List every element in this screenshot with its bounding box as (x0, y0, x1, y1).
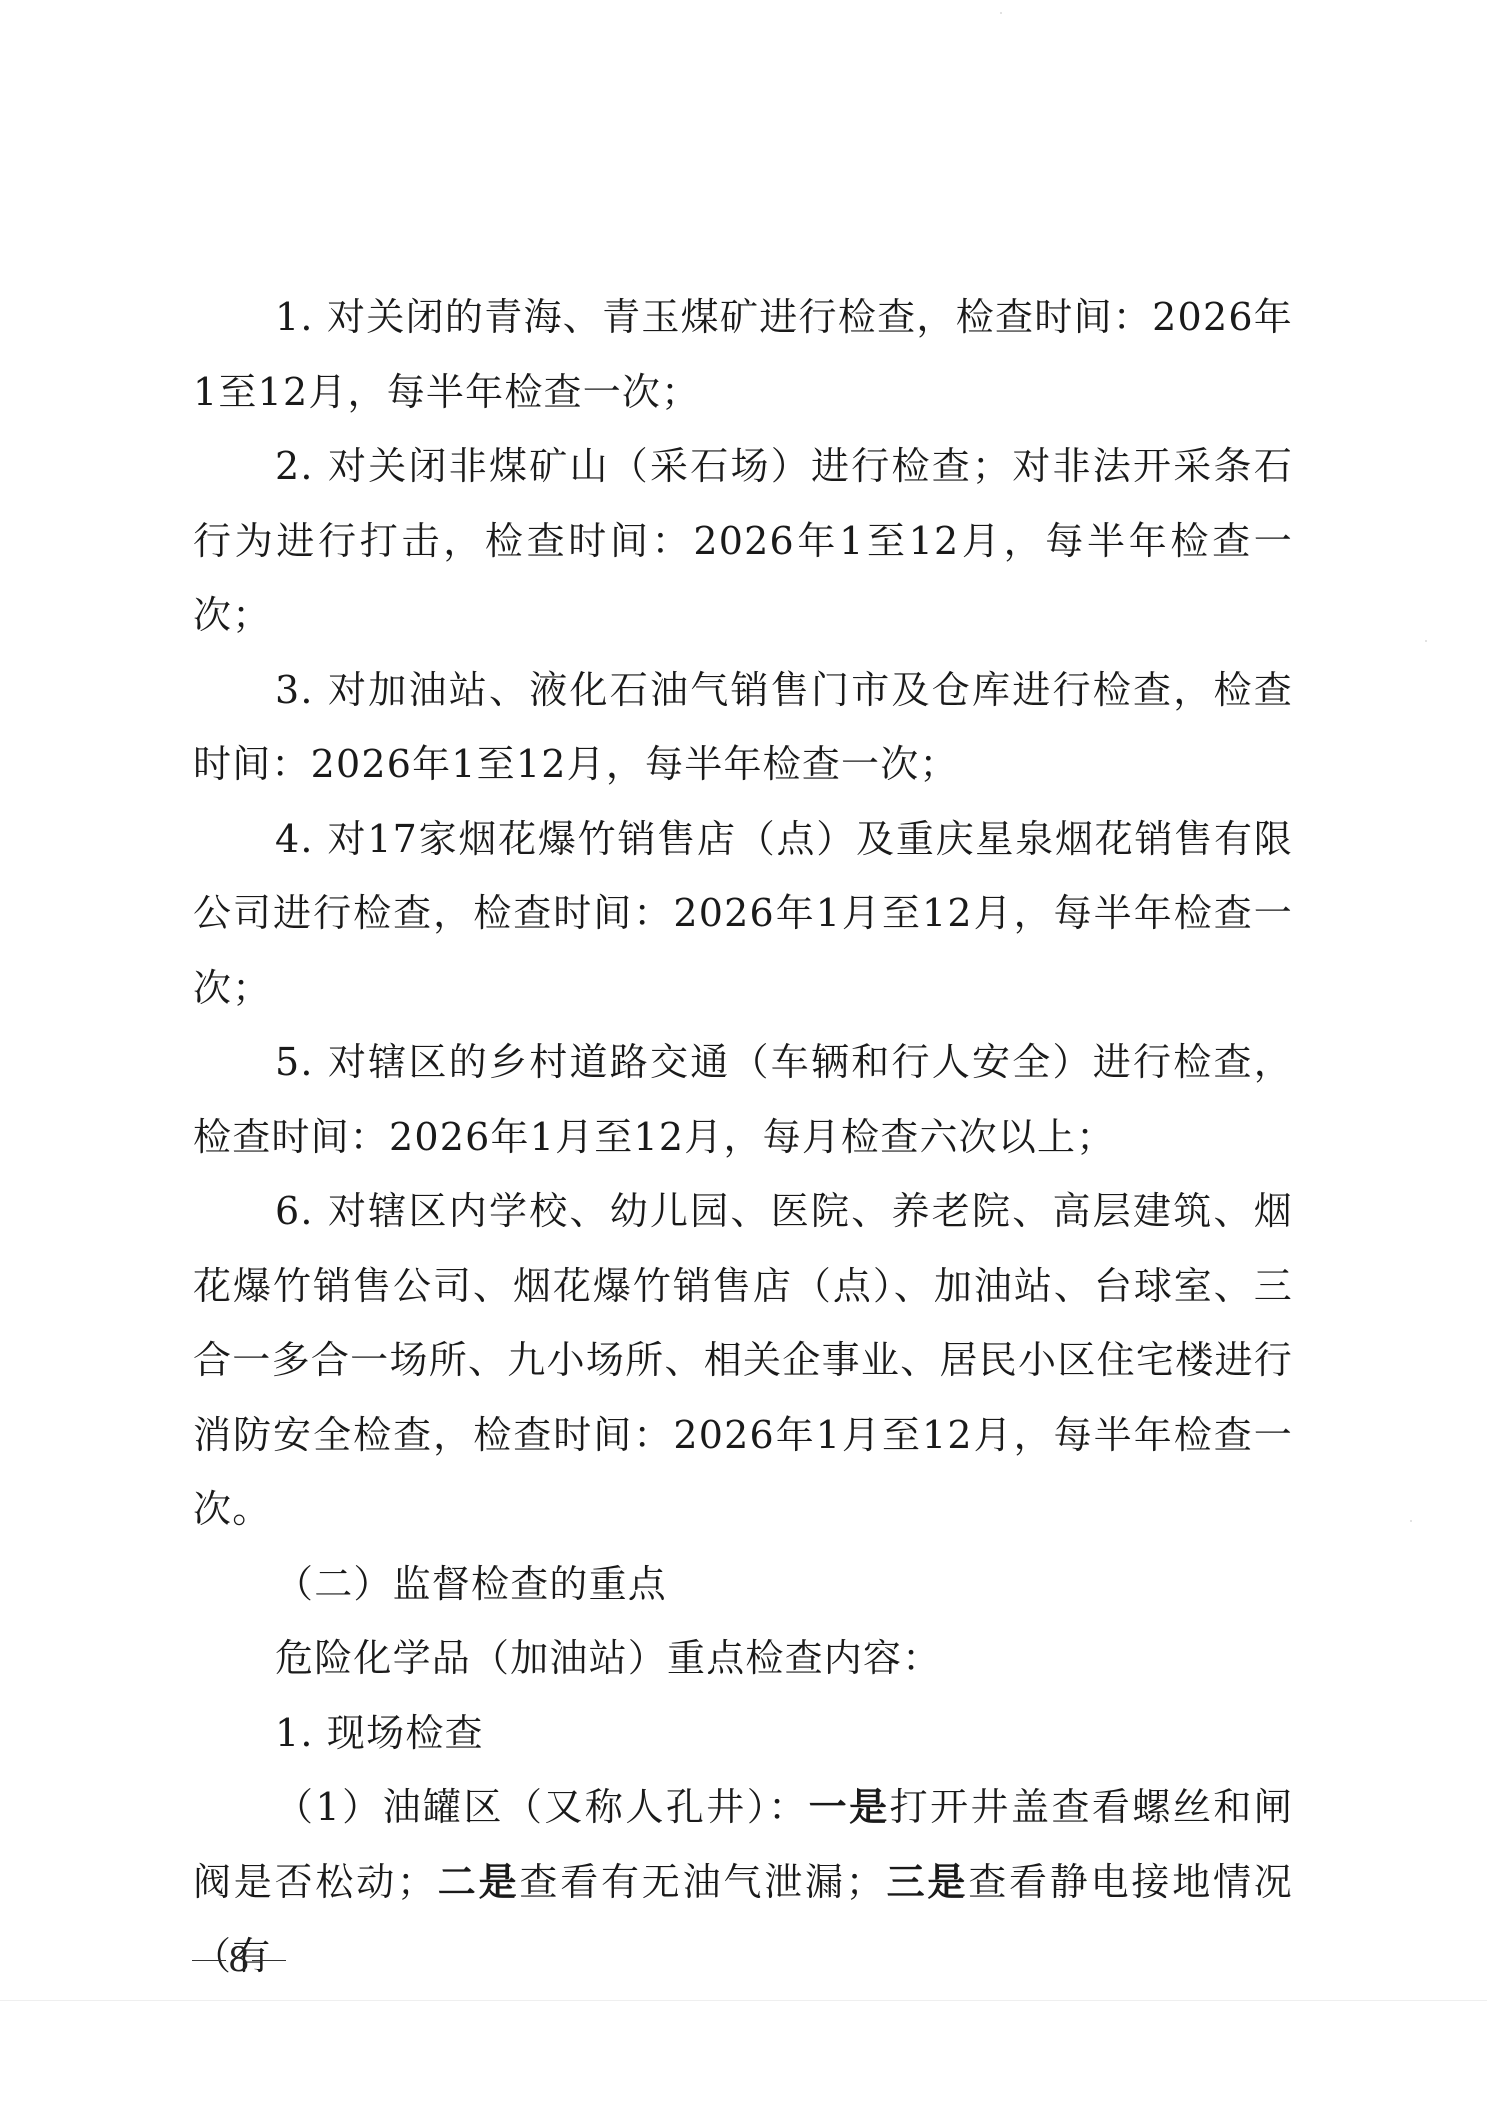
page-number: 8 (228, 1940, 250, 1980)
document-body: 1. 对关闭的青海、青玉煤矿进行检查，检查时间：2026年1至12月，每半年检查… (193, 280, 1293, 1994)
scan-artifact-line (0, 2000, 1487, 2001)
point-2-text: 查看有无油气泄漏； (519, 1860, 885, 1904)
document-page: 1. 对关闭的青海、青玉煤矿进行检查，检查时间：2026年1至12月，每半年检查… (0, 0, 1487, 2102)
footer-dash-right (252, 1960, 286, 1961)
subheading-site-inspection: 1. 现场检查 (193, 1696, 1293, 1771)
tank-area-lead: （1）油罐区（又称人孔井）： (275, 1785, 809, 1829)
scan-speck (1000, 12, 1002, 14)
list-item-4: 4. 对17家烟花爆竹销售店（点）及重庆星泉烟花销售有限公司进行检查，检查时间：… (193, 802, 1293, 1026)
footer-dash-left (192, 1960, 226, 1961)
point-1-label: 一是 (809, 1784, 890, 1829)
point-3-label: 三是 (885, 1859, 968, 1904)
list-item-3: 3. 对加油站、液化石油气销售门市及仓库进行检查，检查时间：2026年1至12月… (193, 653, 1293, 802)
list-item-5: 5. 对辖区的乡村道路交通（车辆和行人安全）进行检查，检查时间：2026年1月至… (193, 1025, 1293, 1174)
scan-speck (1425, 640, 1427, 642)
page-footer: 8 (190, 1940, 288, 1980)
list-item-1: 1. 对关闭的青海、青玉煤矿进行检查，检查时间：2026年1至12月，每半年检查… (193, 280, 1293, 429)
scan-speck (1410, 1520, 1412, 1522)
section-heading: （二）监督检查的重点 (193, 1547, 1293, 1622)
tank-area-paragraph: （1）油罐区（又称人孔井）：一是打开井盖查看螺丝和闸阀是否松动；二是查看有无油气… (193, 1770, 1293, 1994)
list-item-2: 2. 对关闭非煤矿山（采石场）进行检查；对非法开采条石行为进行打击，检查时间：2… (193, 429, 1293, 653)
list-item-6: 6. 对辖区内学校、幼儿园、医院、养老院、高层建筑、烟花爆竹销售公司、烟花爆竹销… (193, 1174, 1293, 1547)
intro-text: 危险化学品（加油站）重点检查内容： (193, 1621, 1293, 1696)
point-2-label: 二是 (436, 1859, 519, 1904)
